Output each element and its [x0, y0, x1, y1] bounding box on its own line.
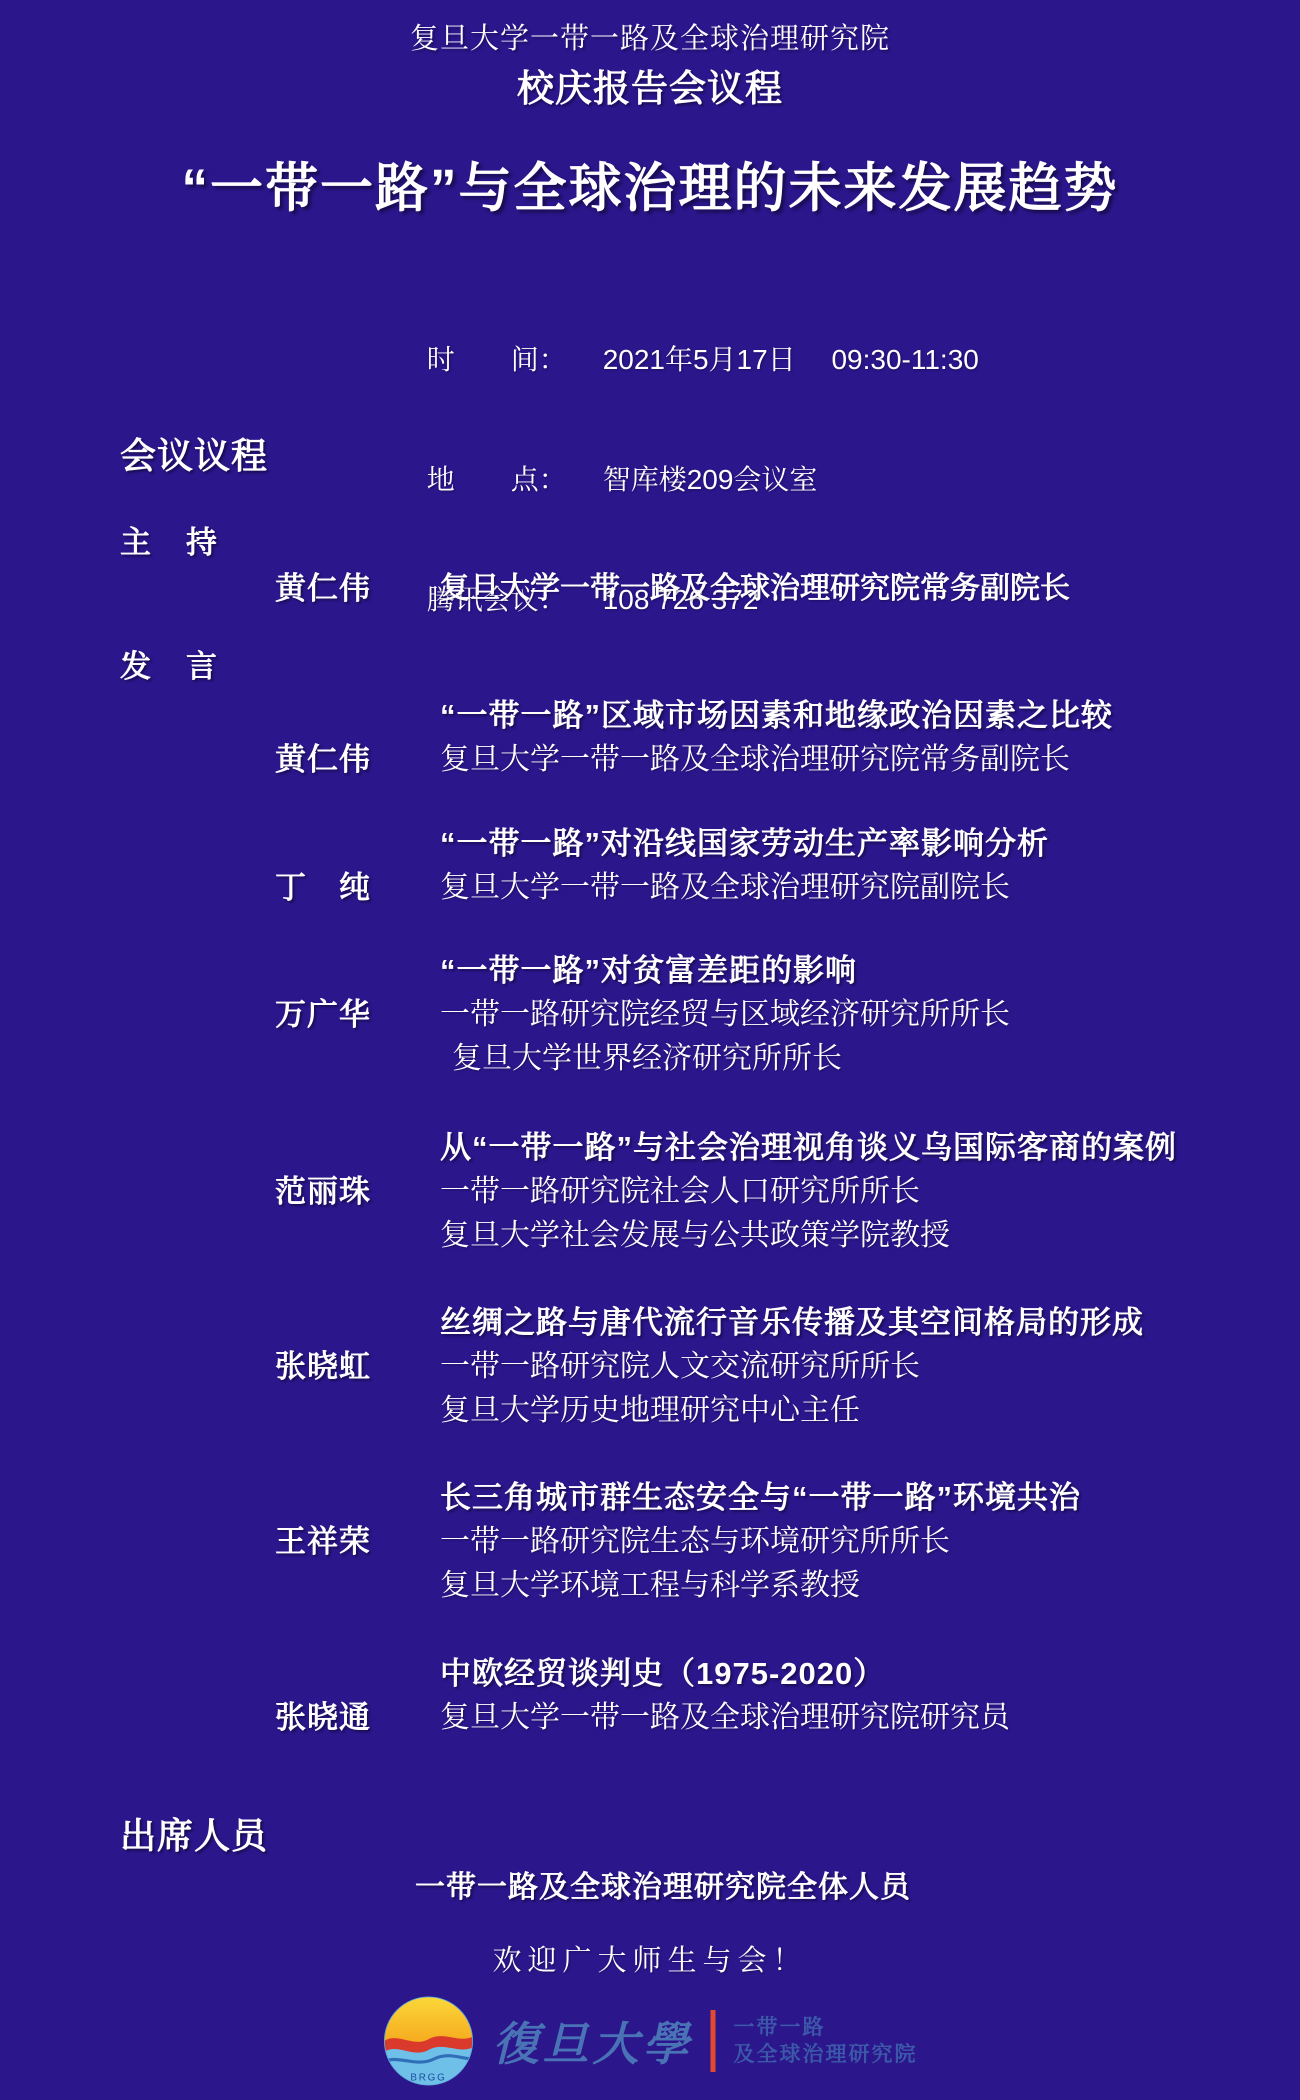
institute-name: 一带一路 及全球治理研究院 [734, 2014, 918, 2068]
time-value: 2021年5月17日 09:30-11:30 [603, 340, 979, 380]
footer-logo: BRGG 復旦大學 一带一路 及全球治理研究院 [383, 1996, 918, 2086]
speaker-name: 黄仁伟 [275, 734, 371, 779]
speaker-affiliation: 复旦大学社会发展与公共政策学院教授 [440, 1210, 950, 1254]
institute-name-line2: 及全球治理研究院 [734, 2041, 918, 2068]
session-title-row: 长三角城市群生态安全与“一带一路”环境共治 [0, 1472, 1300, 1514]
speaker-affiliation: 复旦大学历史地理研究中心主任 [440, 1385, 860, 1429]
session-title: “一带一路”对沿线国家劳动生产率影响分析 [440, 818, 1049, 863]
speaker-affiliation: 复旦大学一带一路及全球治理研究院研究员 [440, 1692, 1010, 1736]
speaker-row: 丁 纯 复旦大学一带一路及全球治理研究院副院长 [0, 862, 1300, 904]
session-title: 长三角城市群生态安全与“一带一路”环境共治 [440, 1472, 1081, 1517]
university-script-logo: 復旦大學 [493, 2008, 693, 2074]
host-name: 黄仁伟 [275, 563, 371, 608]
brgg-emblem: BRGG [383, 1996, 475, 2086]
speaker-row: 复旦大学世界经济研究所所长 [0, 1033, 1300, 1075]
speaker-name: 范丽珠 [275, 1166, 371, 1211]
emblem-acronym: BRGG [410, 2073, 446, 2084]
info-row-time: 时 间：2021年5月17日 09:30-11:30 [380, 300, 979, 420]
logo-divider [711, 2010, 716, 2072]
session-title-row: “一带一路”区域市场因素和地缘政治因素之比较 [0, 690, 1300, 732]
speaker-row: 黄仁伟 复旦大学一带一路及全球治理研究院常务副院长 [0, 734, 1300, 776]
session-title: 丝绸之路与唐代流行音乐传播及其空间格局的形成 [440, 1297, 1144, 1342]
location-value: 智库楼209会议室 [603, 460, 818, 500]
speaker-affiliation: 一带一路研究院经贸与区域经济研究所所长 [440, 989, 1010, 1033]
speaker-row: 王祥荣 一带一路研究院生态与环境研究所所长 [0, 1516, 1300, 1558]
speaker-name: 张晓通 [275, 1692, 371, 1737]
speaker-affiliation: 复旦大学世界经济研究所所长 [452, 1033, 842, 1077]
speaker-name: 丁 纯 [275, 862, 371, 907]
time-label: 时 间： [427, 340, 569, 380]
attendees-text: 一带一路及全球治理研究院全体人员 [415, 1862, 911, 1906]
event-subtitle: 校庆报告会议程 [0, 58, 1300, 112]
speaker-affiliation: 复旦大学一带一路及全球治理研究院常务副院长 [440, 734, 1070, 778]
location-label: 地 点： [427, 460, 569, 500]
attendees-heading: 出席人员 [120, 1808, 268, 1859]
speaker-name: 万广华 [275, 989, 371, 1034]
speeches-label: 发 言 [120, 641, 219, 686]
conference-poster: 复旦大学一带一路及全球治理研究院 校庆报告会议程 “一带一路”与全球治理的未来发… [0, 0, 1300, 2100]
org-line: 复旦大学一带一路及全球治理研究院 [0, 16, 1300, 57]
host-line: 黄仁伟 复旦大学一带一路及全球治理研究院常务副院长 [0, 563, 1300, 605]
speaker-row: 张晓虹 一带一路研究院人文交流研究所所长 [0, 1341, 1300, 1383]
session-title-row: 从“一带一路”与社会治理视角谈义乌国际客商的案例 [0, 1122, 1300, 1164]
speaker-row: 万广华 一带一路研究院经贸与区域经济研究所所长 [0, 989, 1300, 1031]
session-title-row: 中欧经贸谈判史（1975-2020） [0, 1648, 1300, 1690]
speaker-affiliation: 一带一路研究院生态与环境研究所所长 [440, 1516, 950, 1560]
info-row-location: 地 点：智库楼209会议室 [380, 420, 979, 540]
welcome-text: 欢迎广大师生与会！ [0, 1938, 1300, 1979]
speaker-affiliation: 一带一路研究院社会人口研究所所长 [440, 1166, 920, 1210]
speaker-affiliation: 一带一路研究院人文交流研究所所长 [440, 1341, 920, 1385]
speaker-row: 复旦大学社会发展与公共政策学院教授 [0, 1210, 1300, 1252]
speaker-name: 王祥荣 [275, 1516, 371, 1561]
speaker-row: 范丽珠 一带一路研究院社会人口研究所所长 [0, 1166, 1300, 1208]
institute-name-line1: 一带一路 [734, 2014, 918, 2041]
page-title: “一带一路”与全球治理的未来发展趋势 [0, 146, 1300, 222]
agenda-heading: 会议议程 [120, 428, 268, 479]
host-affiliation: 复旦大学一带一路及全球治理研究院常务副院长 [440, 563, 1070, 607]
session-title-row: 丝绸之路与唐代流行音乐传播及其空间格局的形成 [0, 1297, 1300, 1339]
speaker-name: 张晓虹 [275, 1341, 371, 1386]
session-title: 中欧经贸谈判史（1975-2020） [440, 1648, 885, 1693]
speaker-row: 张晓通 复旦大学一带一路及全球治理研究院研究员 [0, 1692, 1300, 1734]
session-title-row: “一带一路”对贫富差距的影响 [0, 945, 1300, 987]
speaker-affiliation: 复旦大学环境工程与科学系教授 [440, 1560, 860, 1604]
session-title: “一带一路”对贫富差距的影响 [440, 945, 857, 990]
speaker-row: 复旦大学环境工程与科学系教授 [0, 1560, 1300, 1602]
host-label: 主 持 [120, 517, 219, 562]
session-title-row: “一带一路”对沿线国家劳动生产率影响分析 [0, 818, 1300, 860]
session-title: 从“一带一路”与社会治理视角谈义乌国际客商的案例 [440, 1122, 1177, 1167]
speaker-affiliation: 复旦大学一带一路及全球治理研究院副院长 [440, 862, 1010, 906]
speaker-row: 复旦大学历史地理研究中心主任 [0, 1385, 1300, 1427]
session-title: “一带一路”区域市场因素和地缘政治因素之比较 [440, 690, 1113, 735]
